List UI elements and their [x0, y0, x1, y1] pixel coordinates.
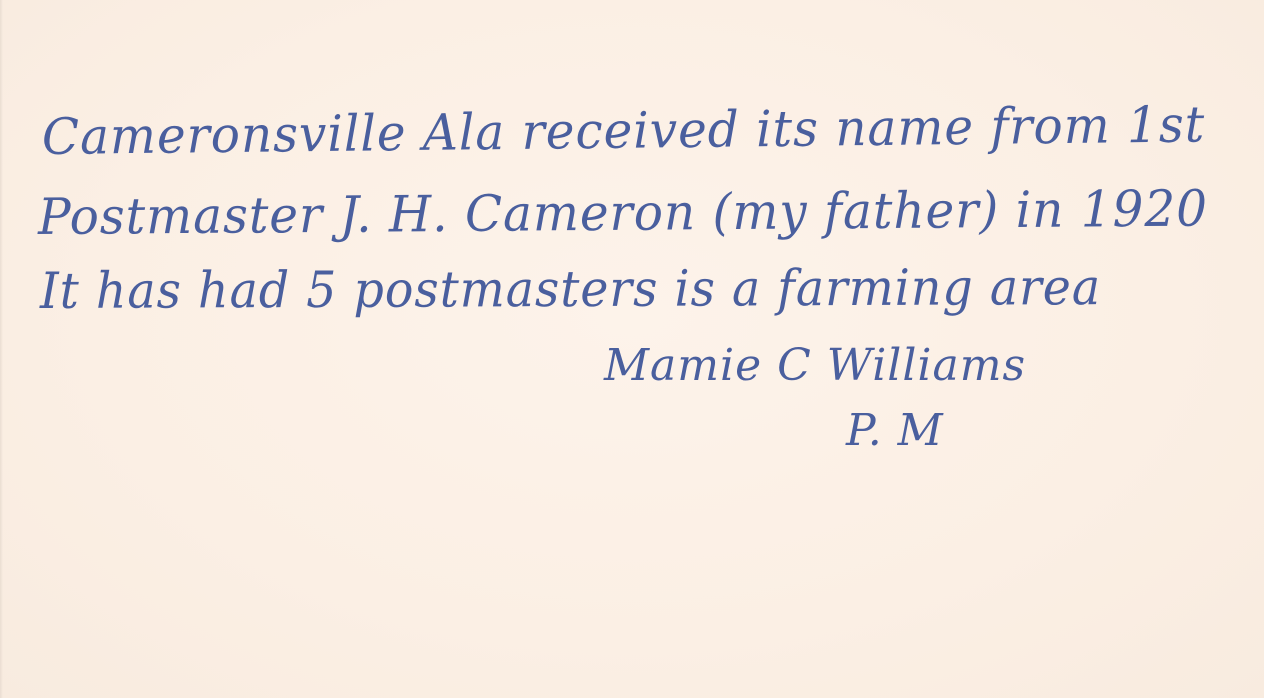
- handwritten-line-3: It has had 5 postmasters is a farming ar…: [40, 258, 1101, 320]
- handwritten-line-1: Cameronsville Ala received its name from…: [42, 95, 1206, 166]
- signature-title: P. M: [846, 405, 944, 456]
- postcard: Cameronsville Ala received its name from…: [0, 0, 1264, 698]
- handwritten-line-2: Postmaster J. H. Cameron (my father) in …: [38, 180, 1208, 246]
- signature-name: Mamie C Williams: [604, 340, 1026, 391]
